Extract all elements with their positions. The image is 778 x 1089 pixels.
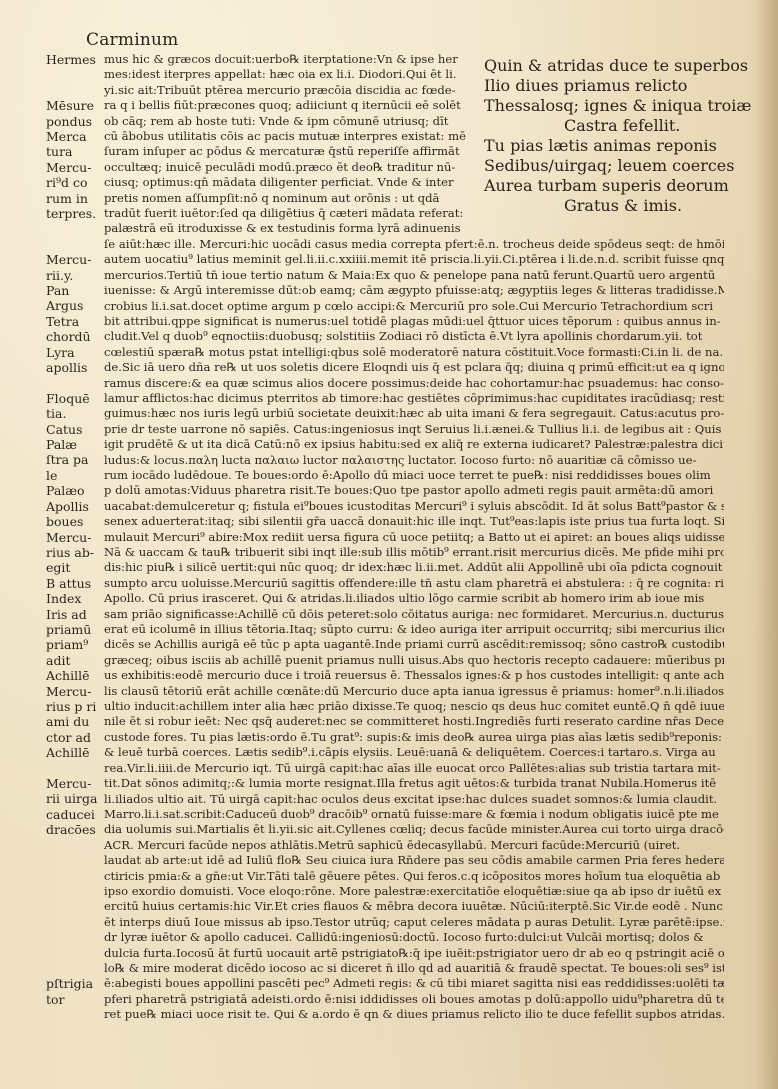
margin-gap	[46, 83, 96, 98]
margin-note: Floquē	[46, 391, 96, 406]
commentary-line: occultæq; inuicē peculādi modū.præco ēt …	[104, 160, 478, 175]
margin-gap	[46, 884, 96, 899]
margin-note: Index	[46, 591, 96, 606]
margin-note: priam⁹	[46, 637, 96, 652]
commentary-line: Nā & uaccam & tau℞ tribuerit sibi inqt i…	[104, 545, 724, 560]
commentary-line: ultio inducit:achillem inter alia hæc pr…	[104, 699, 724, 714]
commentary-line: & leuē turbā coerces. Lætis sedib⁹.i.cāp…	[104, 745, 724, 760]
margin-note: boues	[46, 514, 96, 529]
margin-note: Mercu-	[46, 776, 96, 791]
margin-note: terpres.	[46, 206, 96, 221]
margin-note: le	[46, 468, 96, 483]
commentary-line: igit prudētē & ut ita dicā Catū:nō ex ip…	[104, 437, 724, 452]
commentary-line: crobius li.i.sat.docet optime argum p cœ…	[104, 299, 724, 314]
margin-note: Argus	[46, 298, 96, 313]
marginal-notes: HermesMēsurepondusMercaturaMercu-ri⁹d co…	[46, 52, 96, 1007]
commentary-line: sam priāo significasse:Achillē cū dōis p…	[104, 607, 724, 622]
commentary-line: dicēs se Achillis aurigā eē tūc p apta u…	[104, 637, 724, 652]
margin-note: Mēsure	[46, 98, 96, 113]
margin-gap	[46, 945, 96, 960]
margin-note: Tetra	[46, 314, 96, 329]
margin-gap	[46, 868, 96, 883]
margin-note: caducei	[46, 807, 96, 822]
page-edge-shadow	[756, 0, 778, 1089]
commentary-line: Marro.li.i.sat.scribit:Caduceū duob⁹ dra…	[104, 807, 724, 822]
commentary-line: dulcia furta.Iocosū āt furtū uocauit art…	[104, 946, 724, 961]
commentary-line: bit attribui.qppe significat is numerus:…	[104, 314, 724, 329]
margin-note: ctor ad	[46, 730, 96, 745]
margin-note: ſtra pa	[46, 452, 96, 467]
commentary-line: sumpto arcu uoluisse.Mercuriū sagittis o…	[104, 576, 724, 591]
commentary-line: ACR. Mercuri facūde nepos athlātis.Metrū…	[104, 838, 724, 853]
margin-note: rii uirga	[46, 791, 96, 806]
commentary-line: senex aduerterat:itaq; sibi silentii gr̄…	[104, 514, 724, 529]
commentary-line: li.iliados ultio ait. Tū uirgā capit:hac…	[104, 792, 724, 807]
commentary-line: dis:hic piu℞ i silicē uertit:qui nūc quo…	[104, 560, 724, 575]
commentary-line: lis clausū tētoriū erāt achille cœnāte:d…	[104, 684, 724, 699]
commentary-line: pretis nomen aſſumpſit:nō q nominum aut …	[104, 191, 478, 206]
margin-note: dracōes	[46, 822, 96, 837]
margin-gap	[46, 915, 96, 930]
margin-note: apollis	[46, 360, 96, 375]
commentary-line: dr lyræ iuētor & apollo caducei. Callidū…	[104, 930, 724, 945]
commentary-line: prie dr teste uarrone nō sapiēs. Catus:i…	[104, 422, 724, 437]
commentary-line: mercurios.Tertiū tn̄ ioue tertio natum &…	[104, 268, 724, 283]
margin-note: tura	[46, 144, 96, 159]
margin-note: Achillē	[46, 668, 96, 683]
commentary-line: Apollo. Cū prius irasceret. Qui & atrida…	[104, 591, 724, 606]
commentary-line: mes:idest iterpres appellat: hæc oia ex …	[104, 67, 478, 82]
margin-gap	[46, 899, 96, 914]
commentary-line: græceq; oibus isciis ab achillē puenit p…	[104, 653, 724, 668]
margin-gap	[46, 761, 96, 776]
margin-gap	[46, 237, 96, 252]
margin-note: Apollis	[46, 499, 96, 514]
margin-note: B attus	[46, 576, 96, 591]
margin-note: Mercu-	[46, 530, 96, 545]
commentary-line: palæstrā eū itroduxisse & ex testudinis …	[104, 221, 478, 236]
margin-gap	[46, 221, 96, 236]
margin-note: adit	[46, 653, 96, 668]
commentary-line: custode fores. Tu pias lætis:ordo ē.Tu g…	[104, 730, 724, 745]
commentary-line: yi.sic ait:Tribuūt ptērea mercurio præcō…	[104, 83, 478, 98]
margin-note: pſtrigia	[46, 976, 96, 991]
commentary-line: guimus:hæc nos iuris legū urbiū societat…	[104, 406, 724, 421]
commentary-line: erat eū icolumē in illius tētoria.Itaq; …	[104, 622, 724, 637]
commentary-line: ſuram inſuper ac pōdus & mercaturæ q̄stū…	[104, 144, 478, 159]
margin-note: Mercu-	[46, 160, 96, 175]
commentary-block: mus hic & græcos docuit:uerbo℞ iterptati…	[104, 52, 724, 1023]
commentary-line: ciusq; optimus:qn̄ mādata diligenter per…	[104, 175, 478, 190]
margin-note: Palæo	[46, 483, 96, 498]
margin-note: priamū	[46, 622, 96, 637]
margin-note: egit	[46, 560, 96, 575]
commentary-line: rea.Vir.li.iiii.de Mercurio iqt. Tū uirg…	[104, 761, 724, 776]
commentary-line: tradūt fuerit iuētor:ſed qa diligētius q…	[104, 206, 478, 221]
commentary-line: lamur afflictos:hac dicimus pterritos ab…	[104, 391, 724, 406]
margin-note: Mercu-	[46, 684, 96, 699]
commentary-line: cludit.Vel q duob⁹ eqnoctiis:duobusq; so…	[104, 329, 724, 344]
margin-note: rius ab-	[46, 545, 96, 560]
margin-note: ri⁹d co	[46, 175, 96, 190]
commentary-line: cū ābobus utilitatis cōis ac pacis mutuæ…	[104, 129, 478, 144]
margin-note: rii.y.	[46, 268, 96, 283]
commentary-line: cœlestiū spæra℞ motus pstat intelligi:qb…	[104, 345, 724, 360]
commentary-line: nile ēt si robur ieēt: Nec qsq̄ auderet:…	[104, 714, 724, 729]
margin-note: Hermes	[46, 52, 96, 67]
commentary-line: ctiricis pmia:& a gn̄e:ut Vir.Tāti talē …	[104, 869, 724, 884]
margin-note: Palæ	[46, 437, 96, 452]
commentary-line: ra q i bellis fiūt:præcones quoq; adiici…	[104, 98, 478, 113]
margin-gap	[46, 375, 96, 390]
margin-gap	[46, 838, 96, 853]
commentary-line: laudat ab arte:ut idē ad Iuliū flo℞ Seu …	[104, 853, 724, 868]
commentary-line: ret pue℞ miaci uoce risit te. Qui & a.or…	[104, 1007, 724, 1022]
margin-note: tor	[46, 992, 96, 1007]
margin-note: Iris ad	[46, 607, 96, 622]
margin-note: chordū	[46, 329, 96, 344]
margin-note: Lyra	[46, 345, 96, 360]
commentary-line: autem uocatiu⁹ latius meminit gel.li.ii.…	[104, 252, 724, 267]
margin-note: Merca	[46, 129, 96, 144]
margin-note: tia.	[46, 406, 96, 421]
margin-note: rum in	[46, 191, 96, 206]
margin-gap	[46, 67, 96, 82]
margin-gap	[46, 853, 96, 868]
book-page: Carminum HermesMēsurepondusMercaturaMerc…	[0, 0, 778, 1089]
commentary-line: de.Sic iā uero dña re℞ ut uos soletis di…	[104, 360, 724, 375]
commentary-line: ob cāq; rem ab hoste tuti: Vnde & ipm cō…	[104, 114, 478, 129]
commentary-line: p dolū amotas:Viduus pharetra risit.Te b…	[104, 483, 724, 498]
commentary-line: pferi pharetrā pstrigiatā adeisti.ordo ē…	[104, 992, 724, 1007]
commentary-line: dia uolumis sui.Martialis ēt li.yii.sic …	[104, 822, 724, 837]
margin-note: Catus	[46, 422, 96, 437]
commentary-line: us exhibitis:eodē mercurio duce i troiā …	[104, 668, 724, 683]
margin-gap	[46, 961, 96, 976]
commentary-line: uacabat:demulceretur q; fistula ei⁹boues…	[104, 499, 724, 514]
commentary-line: mulauit Mercuri⁹ abire:Mox rediit uersa …	[104, 530, 724, 545]
margin-note: Pan	[46, 283, 96, 298]
commentary-line: ramus discere:& ea quæ scimus alios doce…	[104, 376, 724, 391]
commentary-line: lo℞ & mire moderat dicēdo iocoso ac si d…	[104, 961, 724, 976]
commentary-line: ercitū huius certamis:hic Vir.Et cries f…	[104, 899, 724, 914]
margin-note: Mercu-	[46, 252, 96, 267]
commentary-line: mus hic & græcos docuit:uerbo℞ iterptati…	[104, 52, 478, 67]
margin-note: ami du	[46, 714, 96, 729]
margin-note: rius p ri	[46, 699, 96, 714]
commentary-line: rum iocādo ludēdoue. Te boues:ordo ē:Apo…	[104, 468, 724, 483]
commentary-line: iuenisse: & Argū interemisse dūt:ob eamq…	[104, 283, 724, 298]
commentary-line: ipso exordio domuisti. Voce eloqo:rōne. …	[104, 884, 724, 899]
margin-gap	[46, 930, 96, 945]
commentary-line: ludus:& locus.παλη lucta παλαιω luctor π…	[104, 453, 724, 468]
commentary-line: ēt interps diuū Ioue missus ab ipso.Test…	[104, 915, 724, 930]
commentary-line: ē:abegisti boues appollini pascēti pec⁹ …	[104, 976, 724, 991]
running-head: Carminum	[86, 30, 178, 50]
margin-note: pondus	[46, 114, 96, 129]
margin-note: Achillē	[46, 745, 96, 760]
commentary-line: ſe aiūt:hæc ille. Mercuri:hic uocādi cas…	[104, 237, 724, 252]
commentary-line: tit.Dat sōnos adimitq;:& lumia morte res…	[104, 776, 724, 791]
